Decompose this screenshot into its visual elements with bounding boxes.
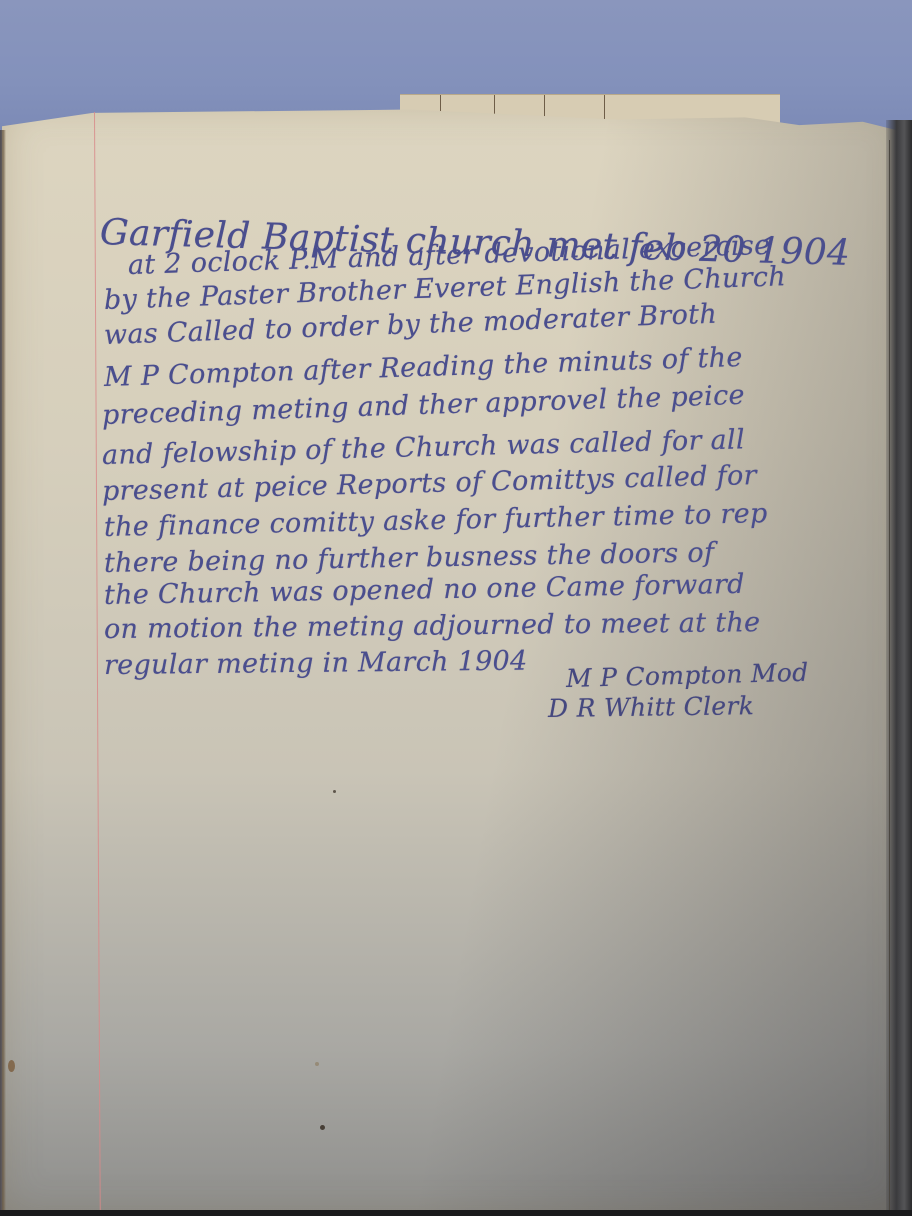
foxing-spot <box>8 1060 15 1072</box>
page-right-border <box>889 140 890 1216</box>
tab-divider <box>604 95 605 123</box>
ink-spot <box>315 1062 319 1066</box>
clerk-signature: D R Whitt Clerk <box>548 691 755 723</box>
ink-spot <box>320 1125 325 1130</box>
page-left-edge <box>0 130 6 1216</box>
ink-spot <box>333 790 336 793</box>
photo-bottom-border <box>0 1210 912 1216</box>
minutes-line: regular meting in March 1904 <box>104 646 528 681</box>
photo-scene: Garfield Baptist church met feb 20 1904 … <box>0 0 912 1216</box>
